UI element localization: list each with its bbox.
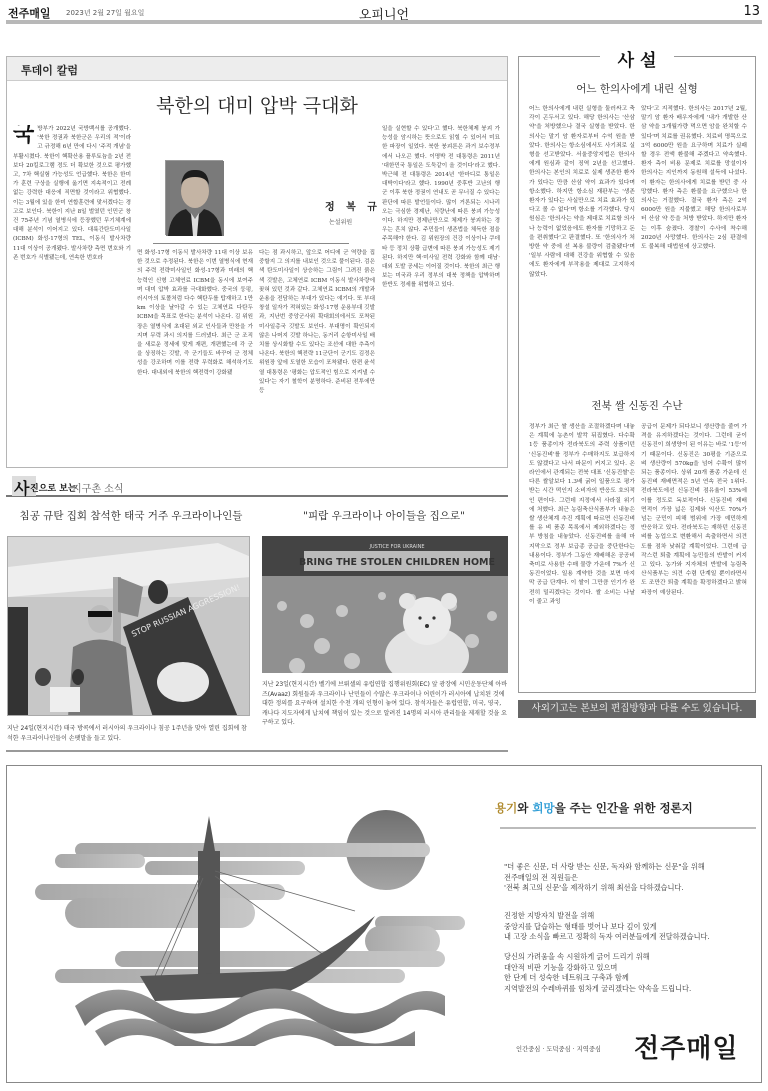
photo-2-title: "피랍 우크라이나 아이들을 집으로" xyxy=(260,508,508,523)
author-role: 논설위원 xyxy=(329,217,352,226)
photo-stolen-children: JUSTICE FOR UKRAINE BRING THE STOLEN CHI… xyxy=(262,536,508,673)
svg-text:BRING THE STOLEN CHILDREN HOME: BRING THE STOLEN CHILDREN HOME xyxy=(299,557,495,568)
editorial-label: 사 설 xyxy=(600,51,675,71)
photo-news-label-rest: 지구촌 소식 xyxy=(72,480,123,495)
editorial-title-2: 전북 쌀 신동진 수난 xyxy=(519,398,755,413)
teddy-bears-photo-icon: JUSTICE FOR UKRAINE BRING THE STOLEN CHI… xyxy=(262,536,508,673)
editorial-1-text-1: 어느 한의사에게 내린 실형을 둘러싸고 축각이 곤두서고 있다. 해당 한의사… xyxy=(529,105,635,377)
slogan-courage: 용기 xyxy=(495,801,517,815)
photo-ukrainian-rally: STOP RUSSIAN AGGRESSION! xyxy=(7,536,250,716)
ad-paragraph-1: "더 좋은 신문, 더 사랑 받는 신문, 독자와 함께하는 신문"을 위해 전… xyxy=(504,862,705,894)
page-number: 13 xyxy=(743,4,760,19)
masthead-rule xyxy=(6,20,762,24)
column-text-3: 다는 점 과시하고, 앞으로 어디에 군 역량을 집중할지 그 의지를 내보인 … xyxy=(259,249,375,463)
column-text-1: 국방부가 2022년 국방백서를 공개했다. '북한 정권과 북한군은 우리의 … xyxy=(13,125,131,463)
editorial-2-text-2: 공급이 문제가 되다보니 생산량을 줄여 가격을 유지하겠다는 것이다. 그런데… xyxy=(641,423,747,685)
photo-1-caption: 지난 24일(현지시간) 태국 방콕에서 러시아의 우크라이나 침공 1주년을 … xyxy=(7,724,252,743)
editorial-title-1: 어느 한의사에게 내린 실형 xyxy=(519,81,755,96)
ad-logo: 전주매일 xyxy=(634,1028,738,1065)
editorial-box: 어느 한의사에게 내린 실형 어느 한의사에게 내린 실형을 둘러싸고 축각이 … xyxy=(518,56,756,693)
photo-news-label-small: 진으로 보는 xyxy=(30,481,77,494)
ad-paragraph-3: 당신의 가려움을 속 시원하게 긁어 드리기 위해 대안적 비판 기능을 강화하… xyxy=(504,952,691,994)
author-name: 정 복 규 xyxy=(325,198,381,213)
drop-cap: 국 xyxy=(13,125,34,144)
photo-2-caption: 지난 23일(현지시간) 벨기에 브뤼셀의 유럽연합 집행위원회(EC) 앞 광… xyxy=(262,680,508,728)
photo-1-title: 침공 규탄 집회 참석한 태국 거주 우크라이나인들 xyxy=(6,508,256,523)
disclaimer-banner: 사외기고는 본보의 편집방향과 다를 수도 있습니다. xyxy=(518,700,756,718)
photo-news-bottom-rule xyxy=(6,750,508,752)
column-header: 투데이 칼럼 xyxy=(7,57,507,81)
author-photo xyxy=(165,160,223,235)
rally-photo-icon: STOP RUSSIAN AGGRESSION! xyxy=(8,537,250,716)
svg-text:JUSTICE FOR UKRAINE: JUSTICE FOR UKRAINE xyxy=(369,544,425,550)
photo-news-label-big: 사 xyxy=(14,476,29,499)
slogan-hope: 희망 xyxy=(532,801,554,815)
photo-news-header: 사 진으로 보는 지구촌 소식 xyxy=(6,476,508,497)
editorial-1-text-2: 았다'고 지적했다. 한의사는 2017년 2월, 말기 암 환자 배우자에게 … xyxy=(641,105,747,377)
column-text-2: 면 화성-17형 이동식 발사차량 11대 이상 보유한 것으로 추정된다. 북… xyxy=(137,249,253,463)
column-text-4: 일을 실현할 수 있다'고 했다. 북한체제 붕괴 가능성을 암시하는 뜻으로도… xyxy=(382,125,500,463)
ad-tagline: 인간중심 · 도덕중심 · 지역중심 xyxy=(516,1044,601,1053)
ad-slogan-rule xyxy=(500,827,756,829)
ad-paragraph-2: 진정한 지방자치 발전을 위해 중앙지를 답습하는 형태를 벗어나 보다 깊이 … xyxy=(504,911,710,943)
editorial-2-text-1: 정부가 최근 쌀 생산을 조절하겠다며 내놓은 계획에 농촌이 발칵 뒤집혔다.… xyxy=(529,423,635,685)
author-portrait-icon xyxy=(166,161,224,236)
today-column: 투데이 칼럼 북한의 대미 압박 극대화 정 복 규 논설위원 국방부가 202… xyxy=(6,56,508,468)
ad-slogan: 용기와 희망을 주는 인간을 위한 정론지 xyxy=(495,800,693,816)
editorial-header: 사 설 xyxy=(518,48,756,68)
column-label: 투데이 칼럼 xyxy=(21,62,78,78)
author-divider xyxy=(153,243,349,244)
column-title: 북한의 대미 압박 극대화 xyxy=(7,91,507,118)
pen-ship-illustration-icon xyxy=(25,806,465,1046)
